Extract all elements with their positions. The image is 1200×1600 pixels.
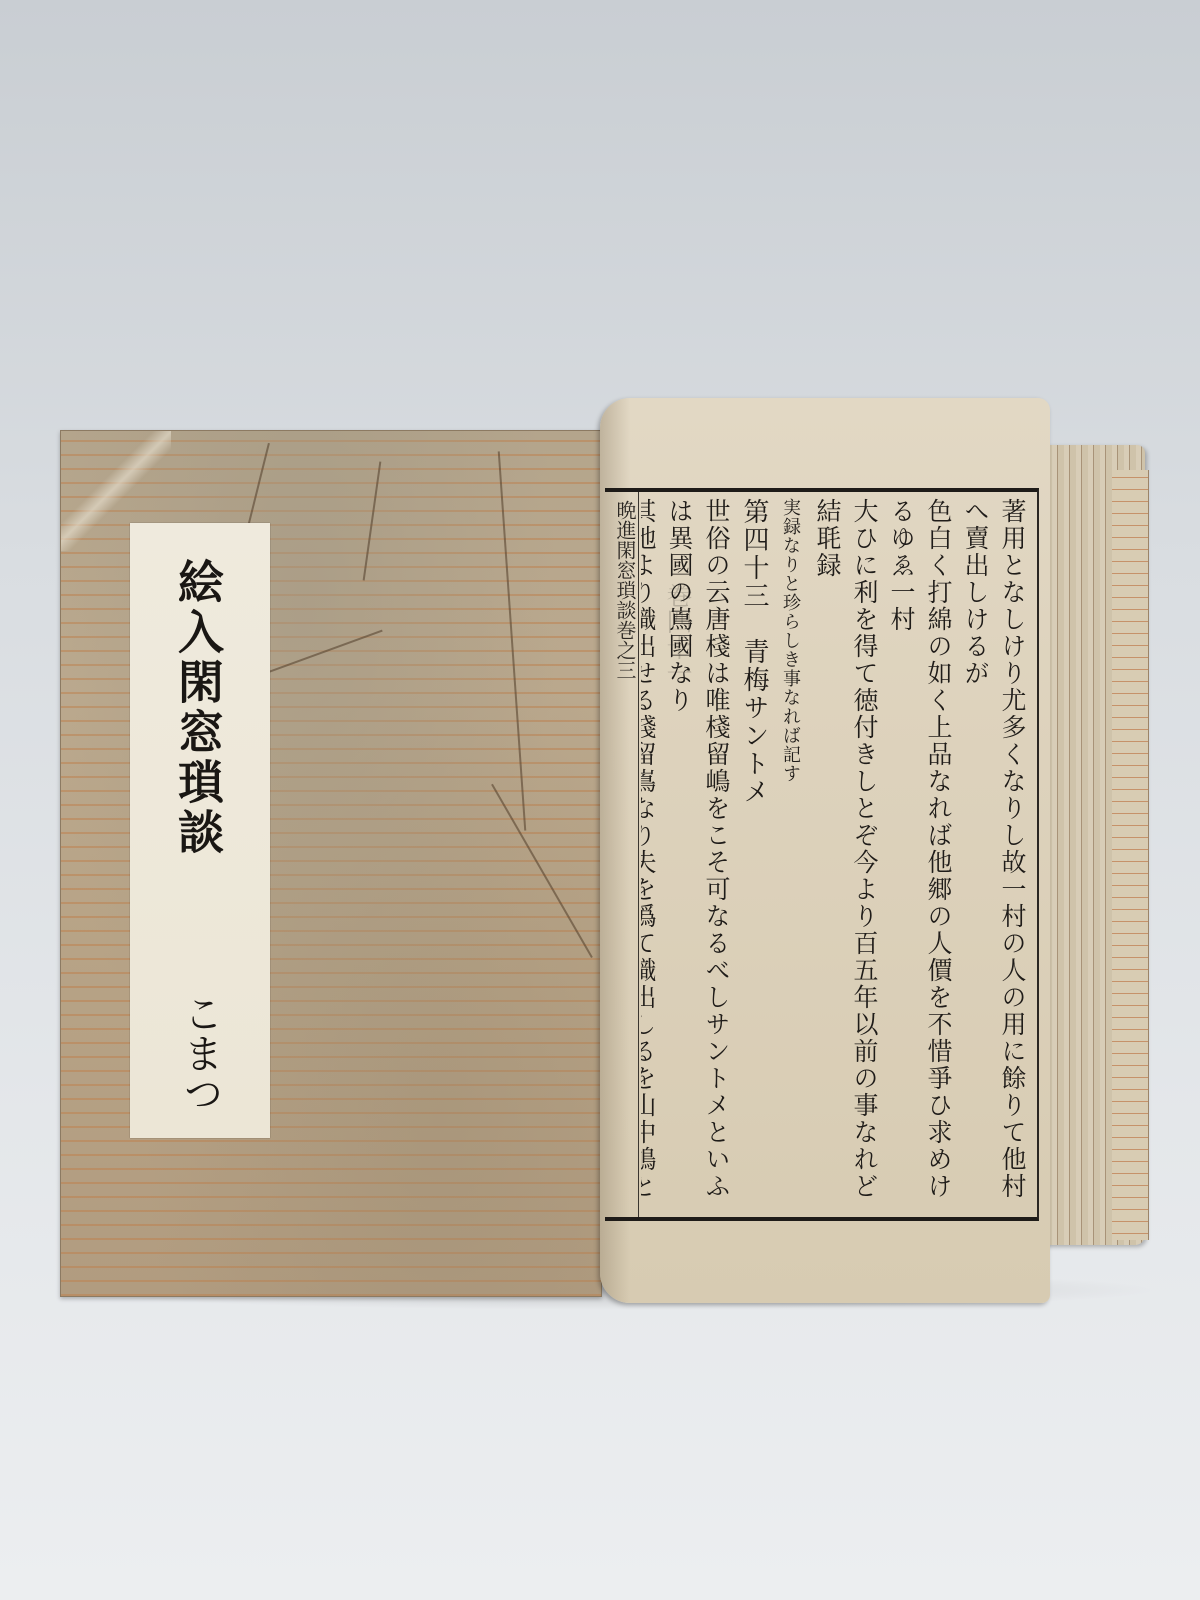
margin-title: 晩進閑窓瑣談巻之三 xyxy=(612,500,638,680)
margin-column: 晩進閑窓瑣談巻之三 xyxy=(610,492,639,1217)
cover-crack xyxy=(491,784,592,958)
print-frame: 晩進閑窓瑣談巻之三 巻四十一 著用となしけり尤多くなりし故一村の人の用に餘りて他… xyxy=(605,488,1039,1221)
text-column: 著用となしけり尤多くなりし故一村の人の用に餘りて他村へ賣出しけるが xyxy=(957,498,1031,1208)
section-heading: 第四十三 青梅サントメ xyxy=(735,498,772,1208)
cover-crack xyxy=(498,451,526,830)
title-slip: 絵入閑窓瑣談 こまつ xyxy=(130,523,270,1138)
cover-crack xyxy=(363,461,381,580)
text-column: 世俗の云唐棧は唯棧留嶋をこそ可なるべしサントメといふは異國の嶌國なり xyxy=(661,498,735,1208)
page-edge xyxy=(1112,470,1149,1240)
text-column: 其地より織出せる棧留嶌なり夫を僞て織出しるを山中嶋といふ是なし xyxy=(641,498,661,1208)
text-column: 実録なりと珍らしき事なれば記す xyxy=(772,498,809,1208)
cover-signature: こまつ xyxy=(170,993,230,1113)
book-cover: 絵入閑窓瑣談 こまつ xyxy=(60,430,602,1297)
open-page: 晩進閑窓瑣談巻之三 巻四十一 著用となしけり尤多くなりし故一村の人の用に餘りて他… xyxy=(600,398,1050,1303)
text-column: 大ひに利を得て徳付きしとぞ今より百五年以前の事なれど結毦録 xyxy=(809,498,883,1208)
text-column: 色白く打綿の如く上品なれば他郷の人價を不惜爭ひ求めけるゆゑ一村 xyxy=(883,498,957,1208)
cover-title: 絵入閑窓瑣談 xyxy=(168,558,228,858)
page-body: 著用となしけり尤多くなりし故一村の人の用に餘りて他村へ賣出しけるが 色白く打綿の… xyxy=(641,498,1031,1208)
